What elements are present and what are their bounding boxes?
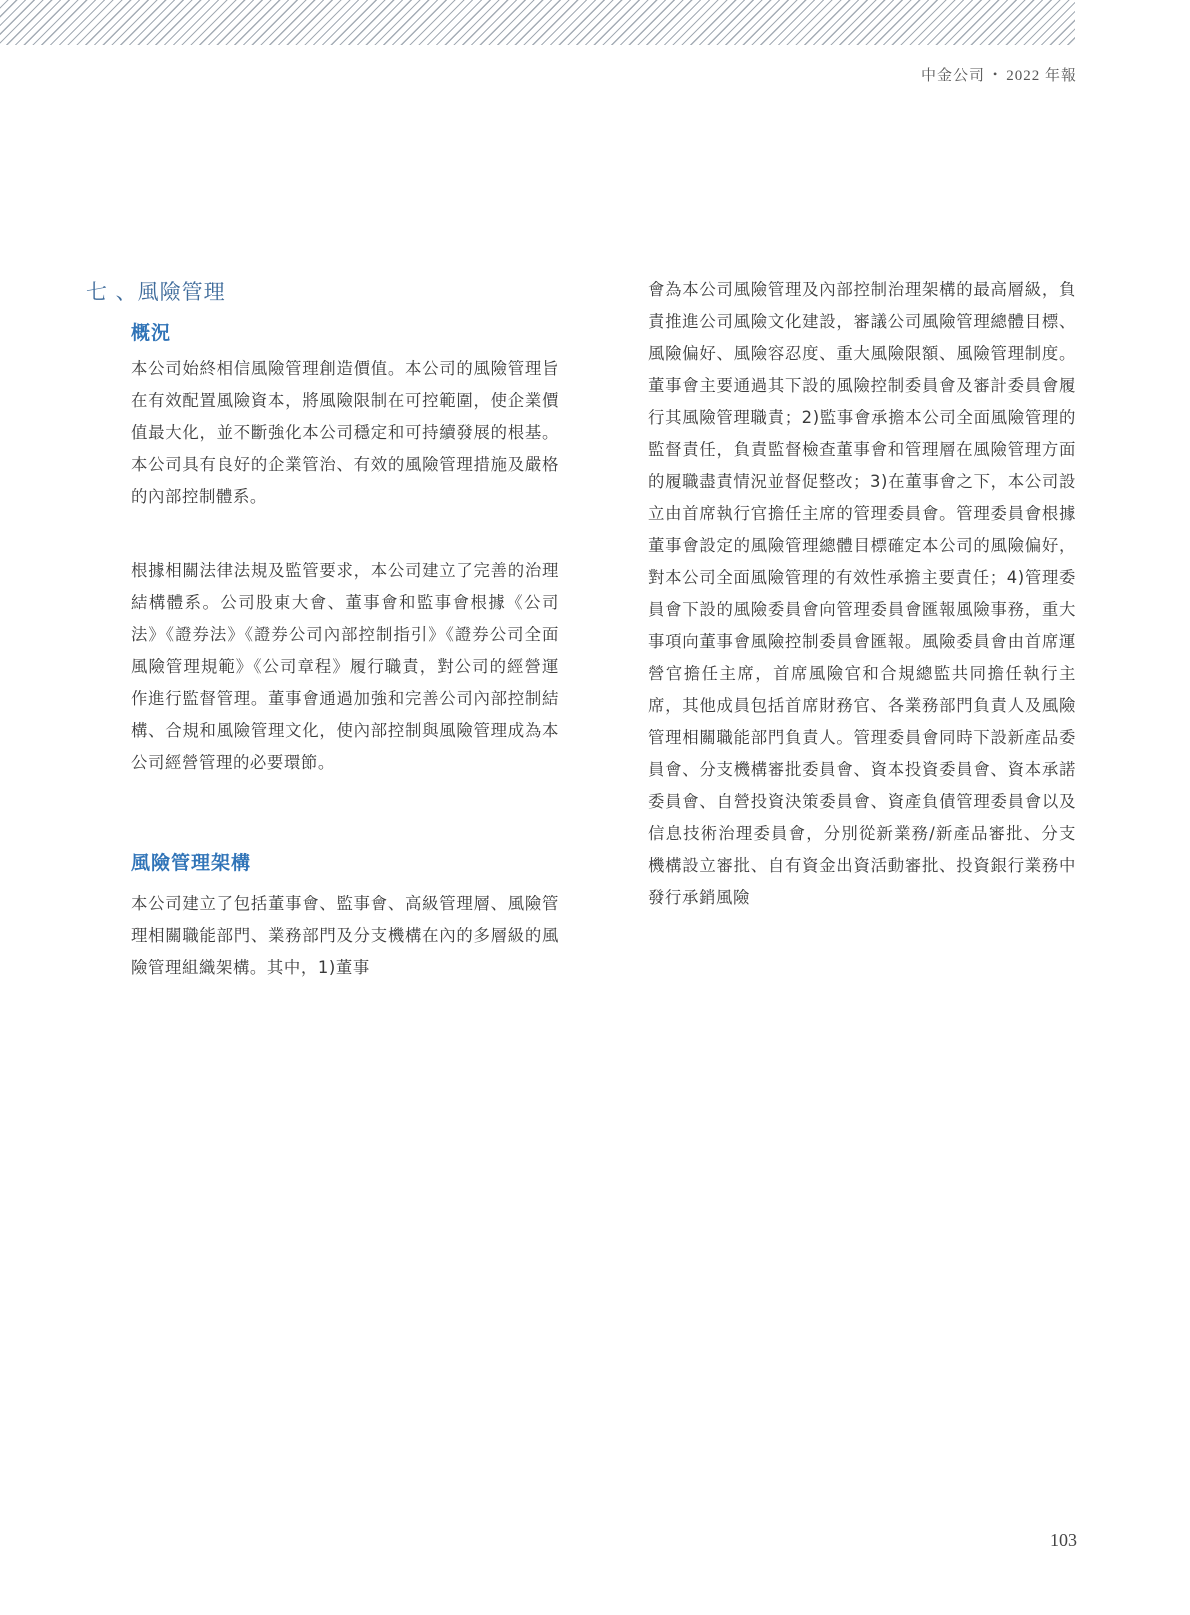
overview-text: 本公司始終相信風險管理創造價值。本公司的風險管理旨在有效配置風險資本，將風險限制… [131, 353, 559, 513]
subheading-risk-framework: 風險管理架構 [131, 848, 251, 875]
section-title: 七 、風險管理 [86, 276, 226, 306]
decorative-hatch-band [0, 0, 1075, 45]
paragraph: 本公司建立了包括董事會、監事會、高級管理層、風險管理相關職能部門、業務部門及分支… [131, 888, 559, 984]
page-number: 103 [1050, 1530, 1077, 1551]
framework-text: 本公司建立了包括董事會、監事會、高級管理層、風險管理相關職能部門、業務部門及分支… [131, 888, 559, 984]
paragraph: 會為本公司風險管理及內部控制治理架構的最高層級，負責推進公司風險文化建設，審議公… [648, 274, 1076, 914]
subheading-overview: 概況 [131, 318, 171, 345]
paragraph: 本公司始終相信風險管理創造價值。本公司的風險管理旨在有效配置風險資本，將風險限制… [131, 353, 559, 513]
separator-bullet: • [993, 67, 998, 82]
paragraph: 根據相關法律法規及監管要求，本公司建立了完善的治理結構體系。公司股東大會、董事會… [131, 555, 559, 779]
company-name: 中金公司 [921, 64, 985, 85]
report-title: 2022 年報 [1006, 64, 1077, 85]
right-column-text: 會為本公司風險管理及內部控制治理架構的最高層級，負責推進公司風險文化建設，審議公… [648, 274, 1076, 914]
running-header: 中金公司 • 2022 年報 [921, 64, 1077, 85]
governance-text: 根據相關法律法規及監管要求，本公司建立了完善的治理結構體系。公司股東大會、董事會… [131, 555, 559, 779]
